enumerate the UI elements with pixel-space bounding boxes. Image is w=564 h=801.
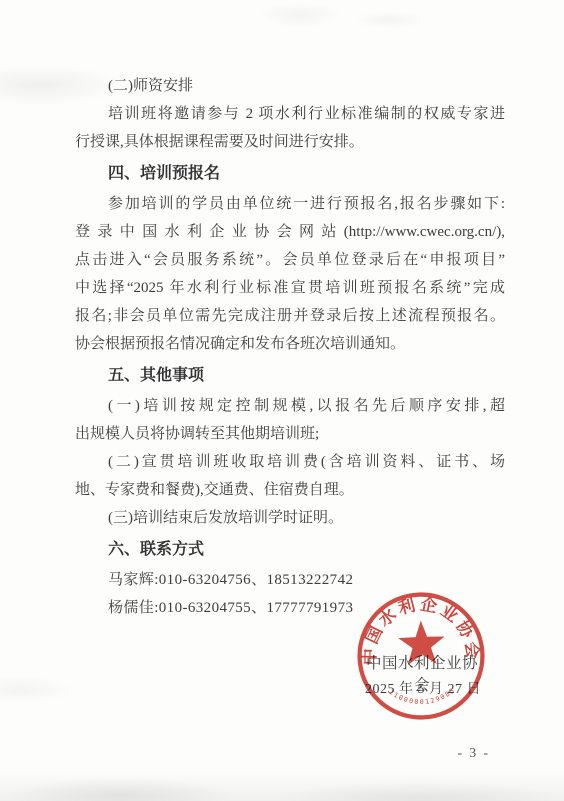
doc-line: 参加培训的学员由单位统一进行预报名,报名步骤如下: bbox=[75, 190, 505, 218]
seal-star-icon bbox=[398, 620, 446, 666]
page-number: - 3 - bbox=[458, 745, 491, 761]
doc-line: 培训班将邀请参与 2 项水利行业标准编制的权威专家进 bbox=[75, 100, 505, 128]
doc-line: (一)培训按规定控制规模,以报名先后顺序安排,超 bbox=[75, 392, 505, 420]
doc-line: (三)培训结束后发放培训学时证明。 bbox=[75, 504, 505, 532]
document-body: (二)师资安排培训班将邀请参与 2 项水利行业标准编制的权威专家进行授课,具体根… bbox=[75, 72, 505, 622]
seal-serial-number: 1100000129085 bbox=[387, 686, 457, 708]
section-heading: 五、其他事项 bbox=[75, 362, 505, 390]
doc-line: 出规模人员将协调转至其他期培训班; bbox=[75, 420, 505, 448]
doc-line: 地、专家费和餐费),交通费、住宿费自理。 bbox=[75, 476, 505, 504]
section-heading: 四、培训预报名 bbox=[75, 160, 505, 188]
official-seal: 中国水利企业协会 1100000129085 bbox=[353, 588, 490, 725]
section-heading: 六、联系方式 bbox=[75, 536, 505, 564]
doc-line: 中选择“2025 年水利行业标准宣贯培训班预报名系统”完成 bbox=[75, 274, 505, 302]
doc-line: (二)师资安排 bbox=[75, 72, 505, 100]
doc-line: 协会根据预报名情况确定和发布各班次培训通知。 bbox=[75, 330, 505, 358]
doc-line: 行授课,具体根据课程需要及时间进行安排。 bbox=[75, 128, 505, 156]
doc-line: 报名;非会员单位需先完成注册并登录后按上述流程预报名。 bbox=[75, 302, 505, 330]
doc-line: 登录中国水利企业协会网站(http://www.cwec.org.cn/), bbox=[75, 218, 505, 246]
doc-line: (二)宣贯培训班收取培训费(含培训资料、证书、场 bbox=[75, 448, 505, 476]
doc-line: 点击进入“会员服务系统”。会员单位登录后在“申报项目” bbox=[75, 246, 505, 274]
